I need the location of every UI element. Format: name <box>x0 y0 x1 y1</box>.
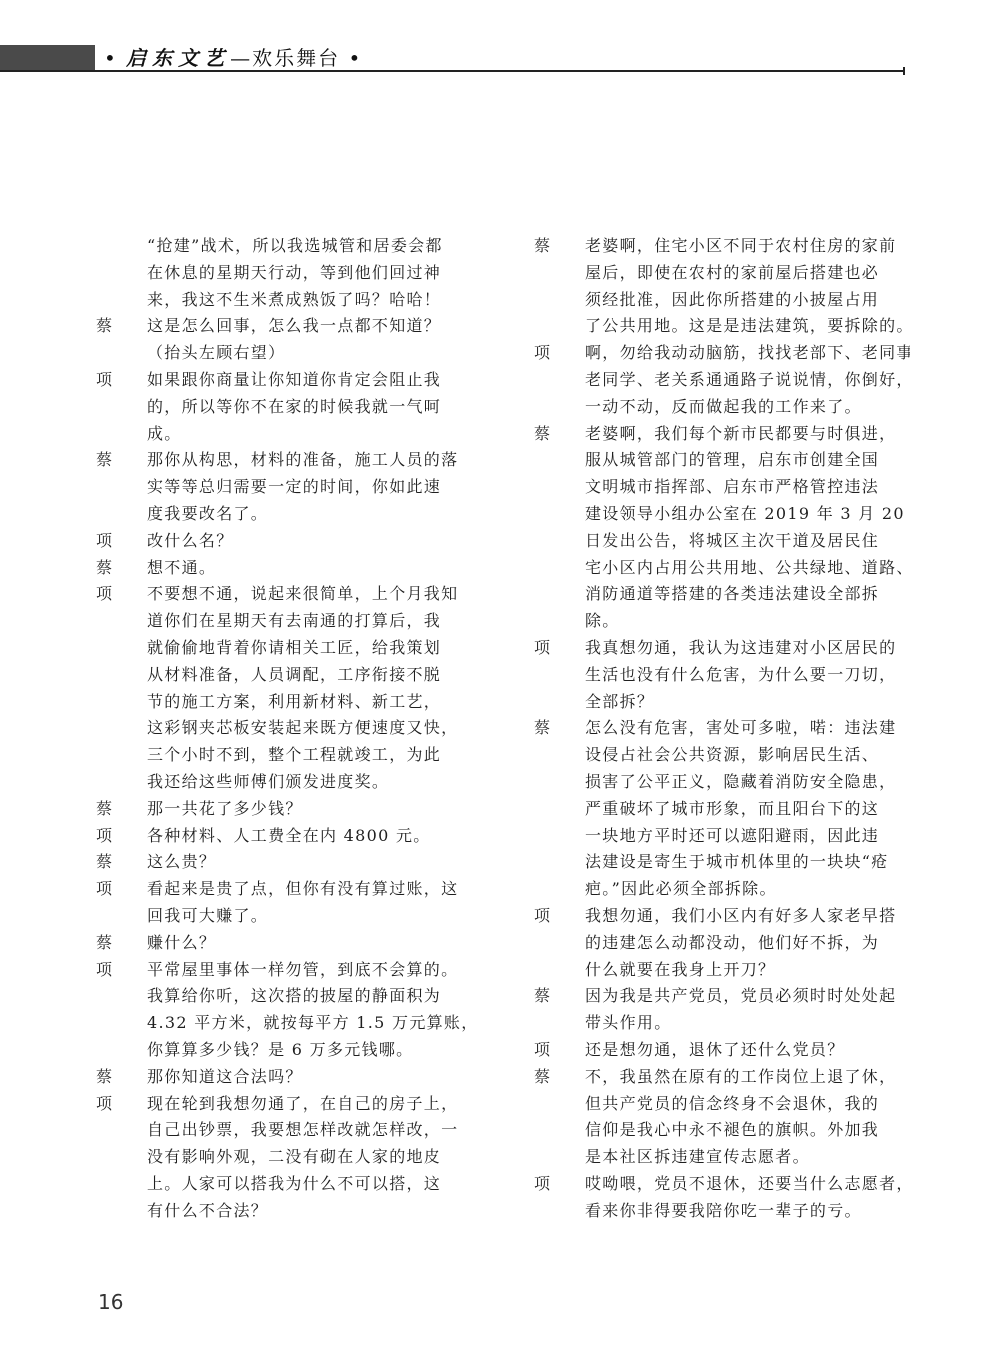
dialogue-line: 我还给这些师傅们颁发进度奖。 <box>96 769 468 796</box>
dialogue-line: 项 如果跟你商量让你知道你肯定会阻止我 <box>96 367 468 394</box>
dialogue-line: 项哎呦喂，党员不退休，还要当什么志愿者， <box>534 1171 910 1198</box>
speaker-name: 项 <box>96 957 147 984</box>
dialogue-line: 回我可大赚了。 <box>96 903 468 930</box>
dialogue-line: 有什么不合法？ <box>96 1198 468 1225</box>
right-column: 蔡老婆啊，住宅小区不同于农村住房的家前屋后，即使在农村的家前屋后搭建也必须经批准… <box>534 233 910 1224</box>
speaker-name <box>96 769 147 796</box>
dialogue-text: 设侵占社会公共资源，影响居民生活、 <box>585 742 910 769</box>
dialogue-line: 一动不动，反而做起我的工作来了。 <box>534 394 910 421</box>
dialogue-line: 成。 <box>96 421 468 448</box>
dialogue-text: 我想勿通，我们小区内有好多人家老早搭 <box>585 903 910 930</box>
dialogue-text: 不，我虽然在原有的工作岗位上退了休， <box>585 1064 910 1091</box>
speaker-name: 蔡 <box>96 447 147 474</box>
dialogue-line: 项平常屋里事体一样勿管，到底不会算的。 <box>96 957 468 984</box>
dialogue-line: （抬头左顾右望） <box>96 340 468 367</box>
dialogue-text: 那你从构思，材料的准备，施工人员的落 <box>147 447 468 474</box>
header-rule-end-tick <box>903 67 905 75</box>
dialogue-text: 看起来是贵了点，但你有没有算过账，这 <box>147 876 468 903</box>
dialogue-line: 蔡那一共花了多少钱？ <box>96 796 468 823</box>
dialogue-text: 了公共用地。这是是违法建筑，要拆除的。 <box>585 313 910 340</box>
dialogue-text: 实等等总归需要一定的时间，你如此速 <box>147 474 468 501</box>
dialogue-text: 什么就要在我身上开刀？ <box>585 957 910 984</box>
dialogue-text: 自己出钞票，我要想怎样改就怎样改，一 <box>147 1117 468 1144</box>
dialogue-text: 的违建怎么动都没动，他们好不拆，为 <box>585 930 910 957</box>
speaker-name: 蔡 <box>96 930 147 957</box>
speaker-name <box>534 608 585 635</box>
speaker-name <box>96 501 147 528</box>
dialogue-line: 道你们在星期天有去南通的打算后，我 <box>96 608 468 635</box>
speaker-name <box>96 1037 147 1064</box>
dialogue-line: 日发出公告，将城区主次干道及居民住 <box>534 528 910 555</box>
dialogue-text: 赚什么？ <box>147 930 468 957</box>
speaker-name <box>96 1171 147 1198</box>
dialogue-line: 了公共用地。这是是违法建筑，要拆除的。 <box>534 313 910 340</box>
dialogue-text: 的，所以等你不在家的时候我就一气呵 <box>147 394 468 421</box>
dialogue-text: 看来你非得要我陪你吃一辈子的亏。 <box>585 1198 910 1225</box>
dialogue-text: 还是想勿通，退休了还什么党员？ <box>585 1037 910 1064</box>
speaker-name <box>96 1198 147 1225</box>
dialogue-text: 一块地方平时还可以遮阳避雨，因此违 <box>585 823 910 850</box>
dialogue-line: 蔡那你从构思，材料的准备，施工人员的落 <box>96 447 468 474</box>
dialogue-text: 度我要改名了。 <box>147 501 468 528</box>
speaker-name <box>534 555 585 582</box>
speaker-name <box>534 1144 585 1171</box>
dialogue-text: 没有影响外观，二没有砌在人家的地皮 <box>147 1144 468 1171</box>
speaker-name <box>534 662 585 689</box>
dialogue-line: 法建设是寄生于城市机体里的一块块“疮 <box>534 849 910 876</box>
speaker-name: 项 <box>534 903 585 930</box>
dialogue-line: 我算给你听，这次搭的披屋的静面积为 <box>96 983 468 1010</box>
dialogue-line: 但共产党员的信念终身不会退休，我的 <box>534 1091 910 1118</box>
dialogue-line: 4.32 平方米，就按每平方 1.5 万元算账， <box>96 1010 468 1037</box>
speaker-name <box>96 260 147 287</box>
dialogue-line: 须经批准，因此你所搭建的小披屋占用 <box>534 287 910 314</box>
header-dark-bar <box>0 45 95 71</box>
speaker-name: 项 <box>534 1037 585 1064</box>
dialogue-text: 屋后，即使在农村的家前屋后搭建也必 <box>585 260 910 287</box>
speaker-name <box>534 742 585 769</box>
dialogue-text: 一动不动，反而做起我的工作来了。 <box>585 394 910 421</box>
left-column: “抢建”战术，所以我选城管和居委会都在休息的星期天行动，等到他们回过神来，我这不… <box>96 233 468 1224</box>
speaker-name <box>96 394 147 421</box>
speaker-name <box>96 474 147 501</box>
dialogue-text: 建设领导小组办公室在 2019 年 3 月 20 <box>585 501 910 528</box>
dialogue-text: 这彩钢夹芯板安装起来既方便速度又快， <box>147 715 468 742</box>
dialogue-text: 上。人家可以搭我为什么不可以搭，这 <box>147 1171 468 1198</box>
dialogue-line: 信仰是我心中永不褪色的旗帜。外加我 <box>534 1117 910 1144</box>
dialogue-text: 消防通道等搭建的各类违法建设全部拆 <box>585 581 910 608</box>
dialogue-line: 这彩钢夹芯板安装起来既方便速度又快， <box>96 715 468 742</box>
speaker-name <box>96 233 147 260</box>
speaker-name <box>534 1010 585 1037</box>
dialogue-text: 就偷偷地背着你请相关工匠，给我策划 <box>147 635 468 662</box>
dialogue-line: 蔡老婆啊，住宅小区不同于农村住房的家前 <box>534 233 910 260</box>
running-header: • 启东文艺—欢乐舞台 • <box>104 45 362 71</box>
dialogue-text: 那你知道这合法吗？ <box>147 1064 468 1091</box>
dialogue-line: 看来你非得要我陪你吃一辈子的亏。 <box>534 1198 910 1225</box>
dialogue-line: 项看起来是贵了点，但你有没有算过账，这 <box>96 876 468 903</box>
dialogue-line: 蔡不，我虽然在原有的工作岗位上退了休， <box>534 1064 910 1091</box>
dialogue-line: 疤。”因此必须全部拆除。 <box>534 876 910 903</box>
speaker-name <box>96 903 147 930</box>
dialogue-line: 文明城市指挥部、启东市严格管控违法 <box>534 474 910 501</box>
dialogue-text: 宅小区内占用公共用地、公共绿地、道路、 <box>585 555 910 582</box>
dialogue-text: 除。 <box>585 608 910 635</box>
header-bullet-right: • <box>349 46 363 70</box>
dialogue-text: 想不通。 <box>147 555 468 582</box>
dialogue-line: 项改什么名？ <box>96 528 468 555</box>
dialogue-text: 我算给你听，这次搭的披屋的静面积为 <box>147 983 468 1010</box>
dialogue-line: “抢建”战术，所以我选城管和居委会都 <box>96 233 468 260</box>
dialogue-line: 除。 <box>534 608 910 635</box>
dialogue-line: 设侵占社会公共资源，影响居民生活、 <box>534 742 910 769</box>
speaker-name: 蔡 <box>96 1064 147 1091</box>
speaker-name: 项 <box>96 528 147 555</box>
dialogue-line: 项现在轮到我想勿通了，在自己的房子上， <box>96 1091 468 1118</box>
dialogue-line: 节的施工方案，利用新材料、新工艺， <box>96 689 468 716</box>
dialogue-text: 这是怎么回事，怎么我一点都不知道？ <box>147 313 468 340</box>
dialogue-line: 项还是想勿通，退休了还什么党员？ <box>534 1037 910 1064</box>
dialogue-text: 如果跟你商量让你知道你肯定会阻止我 <box>147 367 468 394</box>
dialogue-line: 蔡 这是怎么回事，怎么我一点都不知道？ <box>96 313 468 340</box>
dialogue-text: （抬头左顾右望） <box>147 340 468 367</box>
dialogue-text: 严重破坏了城市形象，而且阳台下的这 <box>585 796 910 823</box>
dialogue-line: 蔡这么贵？ <box>96 849 468 876</box>
dialogue-line: 蔡怎么没有危害，害处可多啦，喏：违法建 <box>534 715 910 742</box>
dialogue-text: 损害了公平正义，隐藏着消防安全隐患， <box>585 769 910 796</box>
speaker-name <box>96 421 147 448</box>
dialogue-line: 项啊，勿给我动动脑筋，找找老部下、老同事、 <box>534 340 910 367</box>
header-rule <box>0 70 905 72</box>
dialogue-text: 但共产党员的信念终身不会退休，我的 <box>585 1091 910 1118</box>
dialogue-text: 因为我是共产党员，党员必须时时处处起 <box>585 983 910 1010</box>
speaker-name <box>534 930 585 957</box>
dialogue-line: 建设领导小组办公室在 2019 年 3 月 20 <box>534 501 910 528</box>
dialogue-text: 这么贵？ <box>147 849 468 876</box>
speaker-name <box>534 528 585 555</box>
speaker-name <box>96 742 147 769</box>
dialogue-line: 屋后，即使在农村的家前屋后搭建也必 <box>534 260 910 287</box>
dialogue-line: 三个小时不到，整个工程就竣工，为此 <box>96 742 468 769</box>
speaker-name <box>534 394 585 421</box>
dialogue-line: 蔡那你知道这合法吗？ <box>96 1064 468 1091</box>
speaker-name <box>534 957 585 984</box>
dialogue-text: 怎么没有危害，害处可多啦，喏：违法建 <box>585 715 910 742</box>
speaker-name <box>534 260 585 287</box>
speaker-name: 蔡 <box>96 796 147 823</box>
dialogue-text: 老婆啊，住宅小区不同于农村住房的家前 <box>585 233 910 260</box>
speaker-name: 蔡 <box>534 1064 585 1091</box>
dialogue-line: 自己出钞票，我要想怎样改就怎样改，一 <box>96 1117 468 1144</box>
dialogue-line: 是本社区拆违建宣传志愿者。 <box>534 1144 910 1171</box>
speaker-name <box>96 715 147 742</box>
speaker-name <box>534 1198 585 1225</box>
dialogue-text: 改什么名？ <box>147 528 468 555</box>
speaker-name <box>96 287 147 314</box>
dialogue-text: 从材料准备，人员调配，工序衔接不脱 <box>147 662 468 689</box>
speaker-name <box>534 1117 585 1144</box>
dialogue-line: 服从城管部门的管理，启东市创建全国 <box>534 447 910 474</box>
dialogue-line: 消防通道等搭建的各类违法建设全部拆 <box>534 581 910 608</box>
speaker-name <box>96 662 147 689</box>
dialogue-text: 各种材料、人工费全在内 4800 元。 <box>147 823 468 850</box>
speaker-name: 项 <box>96 823 147 850</box>
dialogue-text: 须经批准，因此你所搭建的小披屋占用 <box>585 287 910 314</box>
dialogue-line: 损害了公平正义，隐藏着消防安全隐患， <box>534 769 910 796</box>
dialogue-line: 在休息的星期天行动，等到他们回过神 <box>96 260 468 287</box>
dialogue-line: 带头作用。 <box>534 1010 910 1037</box>
section-title: —欢乐舞台 <box>230 46 340 70</box>
dialogue-text: 带头作用。 <box>585 1010 910 1037</box>
speaker-name: 项 <box>96 581 147 608</box>
dialogue-line: 蔡赚什么？ <box>96 930 468 957</box>
dialogue-text: 现在轮到我想勿通了，在自己的房子上， <box>147 1091 468 1118</box>
dialogue-line: 就偷偷地背着你请相关工匠，给我策划 <box>96 635 468 662</box>
dialogue-text: 啊，勿给我动动脑筋，找找老部下、老同事、 <box>585 340 910 367</box>
speaker-name <box>96 635 147 662</box>
dialogue-text: 节的施工方案，利用新材料、新工艺， <box>147 689 468 716</box>
speaker-name: 项 <box>534 635 585 662</box>
dialogue-text: 平常屋里事体一样勿管，到底不会算的。 <box>147 957 468 984</box>
dialogue-text: 道你们在星期天有去南通的打算后，我 <box>147 608 468 635</box>
page-number: 16 <box>98 1290 123 1314</box>
dialogue-line: 严重破坏了城市形象，而且阳台下的这 <box>534 796 910 823</box>
dialogue-line: 项我真想勿通，我认为这违建对小区居民的 <box>534 635 910 662</box>
dialogue-line: 什么就要在我身上开刀？ <box>534 957 910 984</box>
speaker-name: 项 <box>534 1171 585 1198</box>
dialogue-line: 老同学、老关系通通路子说说情，你倒好， <box>534 367 910 394</box>
dialogue-text: 你算算多少钱？是 6 万多元钱哪。 <box>147 1037 468 1064</box>
dialogue-text: 服从城管部门的管理，启东市创建全国 <box>585 447 910 474</box>
speaker-name <box>534 581 585 608</box>
dialogue-text: 有什么不合法？ <box>147 1198 468 1225</box>
header-bullet-left: • <box>104 46 118 70</box>
dialogue-text: 三个小时不到，整个工程就竣工，为此 <box>147 742 468 769</box>
dialogue-text: 我真想勿通，我认为这违建对小区居民的 <box>585 635 910 662</box>
dialogue-line: 宅小区内占用公共用地、公共绿地、道路、 <box>534 555 910 582</box>
dialogue-line: 没有影响外观，二没有砌在人家的地皮 <box>96 1144 468 1171</box>
speaker-name <box>534 823 585 850</box>
dialogue-line: 项不要想不通，说起来很简单，上个月我知 <box>96 581 468 608</box>
speaker-name <box>96 340 147 367</box>
dialogue-line: 来，我这不生米煮成熟饭了吗？哈哈！ <box>96 287 468 314</box>
speaker-name: 项 <box>96 1091 147 1118</box>
dialogue-line: 项各种材料、人工费全在内 4800 元。 <box>96 823 468 850</box>
dialogue-line: 全部拆？ <box>534 689 910 716</box>
speaker-name: 蔡 <box>96 555 147 582</box>
speaker-name <box>534 796 585 823</box>
dialogue-text: 老婆啊，我们每个新市民都要与时俱进， <box>585 421 910 448</box>
speaker-name: 蔡 <box>534 983 585 1010</box>
dialogue-text: 老同学、老关系通通路子说说情，你倒好， <box>585 367 910 394</box>
speaker-name <box>534 876 585 903</box>
dialogue-text: 我还给这些师傅们颁发进度奖。 <box>147 769 468 796</box>
dialogue-line: 蔡因为我是共产党员，党员必须时时处处起 <box>534 983 910 1010</box>
dialogue-line: 实等等总归需要一定的时间，你如此速 <box>96 474 468 501</box>
magazine-title: 启东文艺 <box>126 46 230 70</box>
speaker-name <box>96 1144 147 1171</box>
speaker-name <box>96 1010 147 1037</box>
dialogue-text: 哎呦喂，党员不退休，还要当什么志愿者， <box>585 1171 910 1198</box>
dialogue-text: 4.32 平方米，就按每平方 1.5 万元算账， <box>147 1010 468 1037</box>
speaker-name <box>534 1091 585 1118</box>
speaker-name <box>96 983 147 1010</box>
dialogue-text: 在休息的星期天行动，等到他们回过神 <box>147 260 468 287</box>
speaker-name <box>534 287 585 314</box>
dialogue-line: 的违建怎么动都没动，他们好不拆，为 <box>534 930 910 957</box>
dialogue-line: 生活也没有什么危害，为什么要一刀切， <box>534 662 910 689</box>
dialogue-text: 文明城市指挥部、启东市严格管控违法 <box>585 474 910 501</box>
dialogue-text: 日发出公告，将城区主次干道及居民住 <box>585 528 910 555</box>
speaker-name: 蔡 <box>96 313 147 340</box>
dialogue-text: 疤。”因此必须全部拆除。 <box>585 876 910 903</box>
dialogue-text: 全部拆？ <box>585 689 910 716</box>
speaker-name <box>534 501 585 528</box>
speaker-name <box>534 769 585 796</box>
dialogue-text: 信仰是我心中永不褪色的旗帜。外加我 <box>585 1117 910 1144</box>
dialogue-text: 回我可大赚了。 <box>147 903 468 930</box>
dialogue-line: 你算算多少钱？是 6 万多元钱哪。 <box>96 1037 468 1064</box>
dialogue-line: 蔡 老婆啊，我们每个新市民都要与时俱进， <box>534 421 910 448</box>
speaker-name <box>96 1117 147 1144</box>
dialogue-line: 的，所以等你不在家的时候我就一气呵 <box>96 394 468 421</box>
speaker-name: 蔡 <box>534 421 585 448</box>
dialogue-line: 项我想勿通，我们小区内有好多人家老早搭 <box>534 903 910 930</box>
dialogue-line: 蔡想不通。 <box>96 555 468 582</box>
dialogue-text: 法建设是寄生于城市机体里的一块块“疮 <box>585 849 910 876</box>
dialogue-text: 不要想不通，说起来很简单，上个月我知 <box>147 581 468 608</box>
dialogue-line: 一块地方平时还可以遮阳避雨，因此违 <box>534 823 910 850</box>
dialogue-line: 上。人家可以搭我为什么不可以搭，这 <box>96 1171 468 1198</box>
speaker-name <box>534 447 585 474</box>
dialogue-text: 来，我这不生米煮成熟饭了吗？哈哈！ <box>147 287 468 314</box>
dialogue-line: 从材料准备，人员调配，工序衔接不脱 <box>96 662 468 689</box>
dialogue-text: 生活也没有什么危害，为什么要一刀切， <box>585 662 910 689</box>
dialogue-text: 成。 <box>147 421 468 448</box>
speaker-name <box>534 313 585 340</box>
speaker-name: 蔡 <box>96 849 147 876</box>
speaker-name <box>96 689 147 716</box>
dialogue-line: 度我要改名了。 <box>96 501 468 528</box>
speaker-name: 项 <box>96 876 147 903</box>
speaker-name <box>534 474 585 501</box>
speaker-name: 蔡 <box>534 233 585 260</box>
dialogue-text: 是本社区拆违建宣传志愿者。 <box>585 1144 910 1171</box>
speaker-name <box>534 849 585 876</box>
speaker-name <box>534 689 585 716</box>
speaker-name: 蔡 <box>534 715 585 742</box>
dialogue-text: “抢建”战术，所以我选城管和居委会都 <box>147 233 468 260</box>
dialogue-text: 那一共花了多少钱？ <box>147 796 468 823</box>
speaker-name: 项 <box>534 340 585 367</box>
speaker-name <box>534 367 585 394</box>
speaker-name <box>96 608 147 635</box>
speaker-name: 项 <box>96 367 147 394</box>
